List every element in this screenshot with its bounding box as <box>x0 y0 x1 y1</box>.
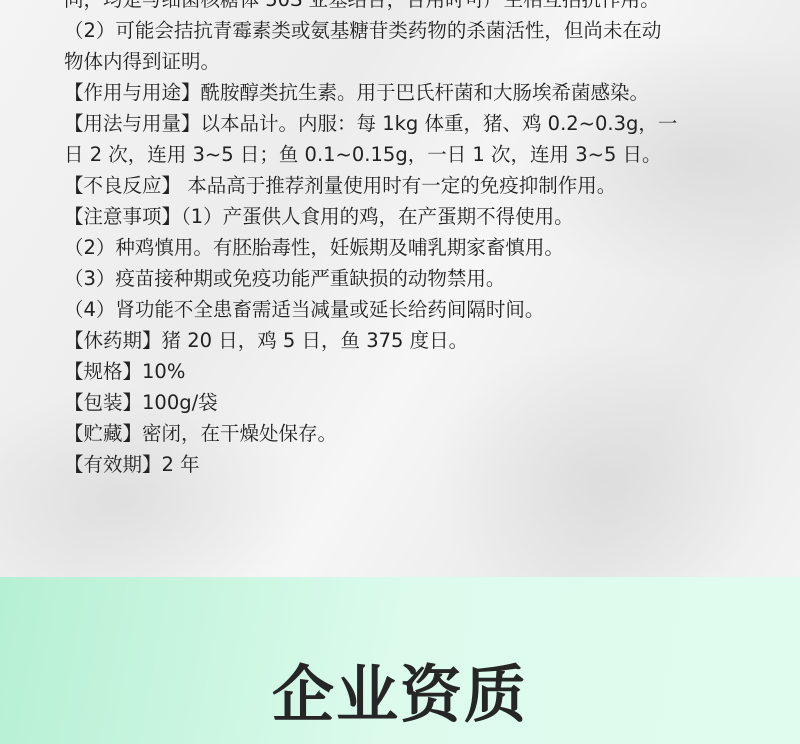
storage-line: 【贮藏】密闭，在干燥处保存。 <box>64 418 754 449</box>
expiry-line: 【有效期】2 年 <box>64 449 754 480</box>
precautions-line: 【注意事项】（1）产蛋供人食用的鸡，在产蛋期不得使用。 <box>64 201 754 232</box>
precautions-line: （4）肾功能不全患畜需适当减量或延长给药间隔时间。 <box>64 294 754 325</box>
adverse-reaction-line: 【不良反应】 本品高于推荐剂量使用时有一定的免疫抑制作用。 <box>64 170 754 201</box>
text-line: 物体内得到证明。 <box>64 46 754 77</box>
product-instructions-section: 向，均是与细菌核糖体 50S 亚基结合，合用时可产生相互拮抗作用。 （2）可能会… <box>0 0 800 577</box>
packaging-line: 【包装】100g/袋 <box>64 387 754 418</box>
dosage-line: 日 2 次，连用 3~5 日；鱼 0.1~0.15g，一日 1 次，连用 3~5… <box>64 139 754 170</box>
section-title: 企业资质 <box>0 655 800 735</box>
precautions-line: （2）种鸡慎用。有胚胎毒性，妊娠期及哺乳期家畜慎用。 <box>64 232 754 263</box>
specification-line: 【规格】10% <box>64 356 754 387</box>
usage-line: 【作用与用途】酰胺醇类抗生素。用于巴氏杆菌和大肠埃希菌感染。 <box>64 77 754 108</box>
enterprise-qualification-banner: 企业资质 <box>0 577 800 744</box>
text-line: （2）可能会拮抗青霉素类或氨基糖苷类药物的杀菌活性，但尚未在动 <box>64 15 754 46</box>
text-line: 向，均是与细菌核糖体 50S 亚基结合，合用时可产生相互拮抗作用。 <box>64 0 754 15</box>
dosage-line: 【用法与用量】以本品计。内服：每 1kg 体重，猪、鸡 0.2~0.3g，一 <box>64 108 754 139</box>
precautions-line: （3）疫苗接种期或免疫功能严重缺损的动物禁用。 <box>64 263 754 294</box>
withdrawal-period-line: 【休药期】猪 20 日，鸡 5 日，鱼 375 度日。 <box>64 325 754 356</box>
instructions-text: 向，均是与细菌核糖体 50S 亚基结合，合用时可产生相互拮抗作用。 （2）可能会… <box>64 0 754 480</box>
